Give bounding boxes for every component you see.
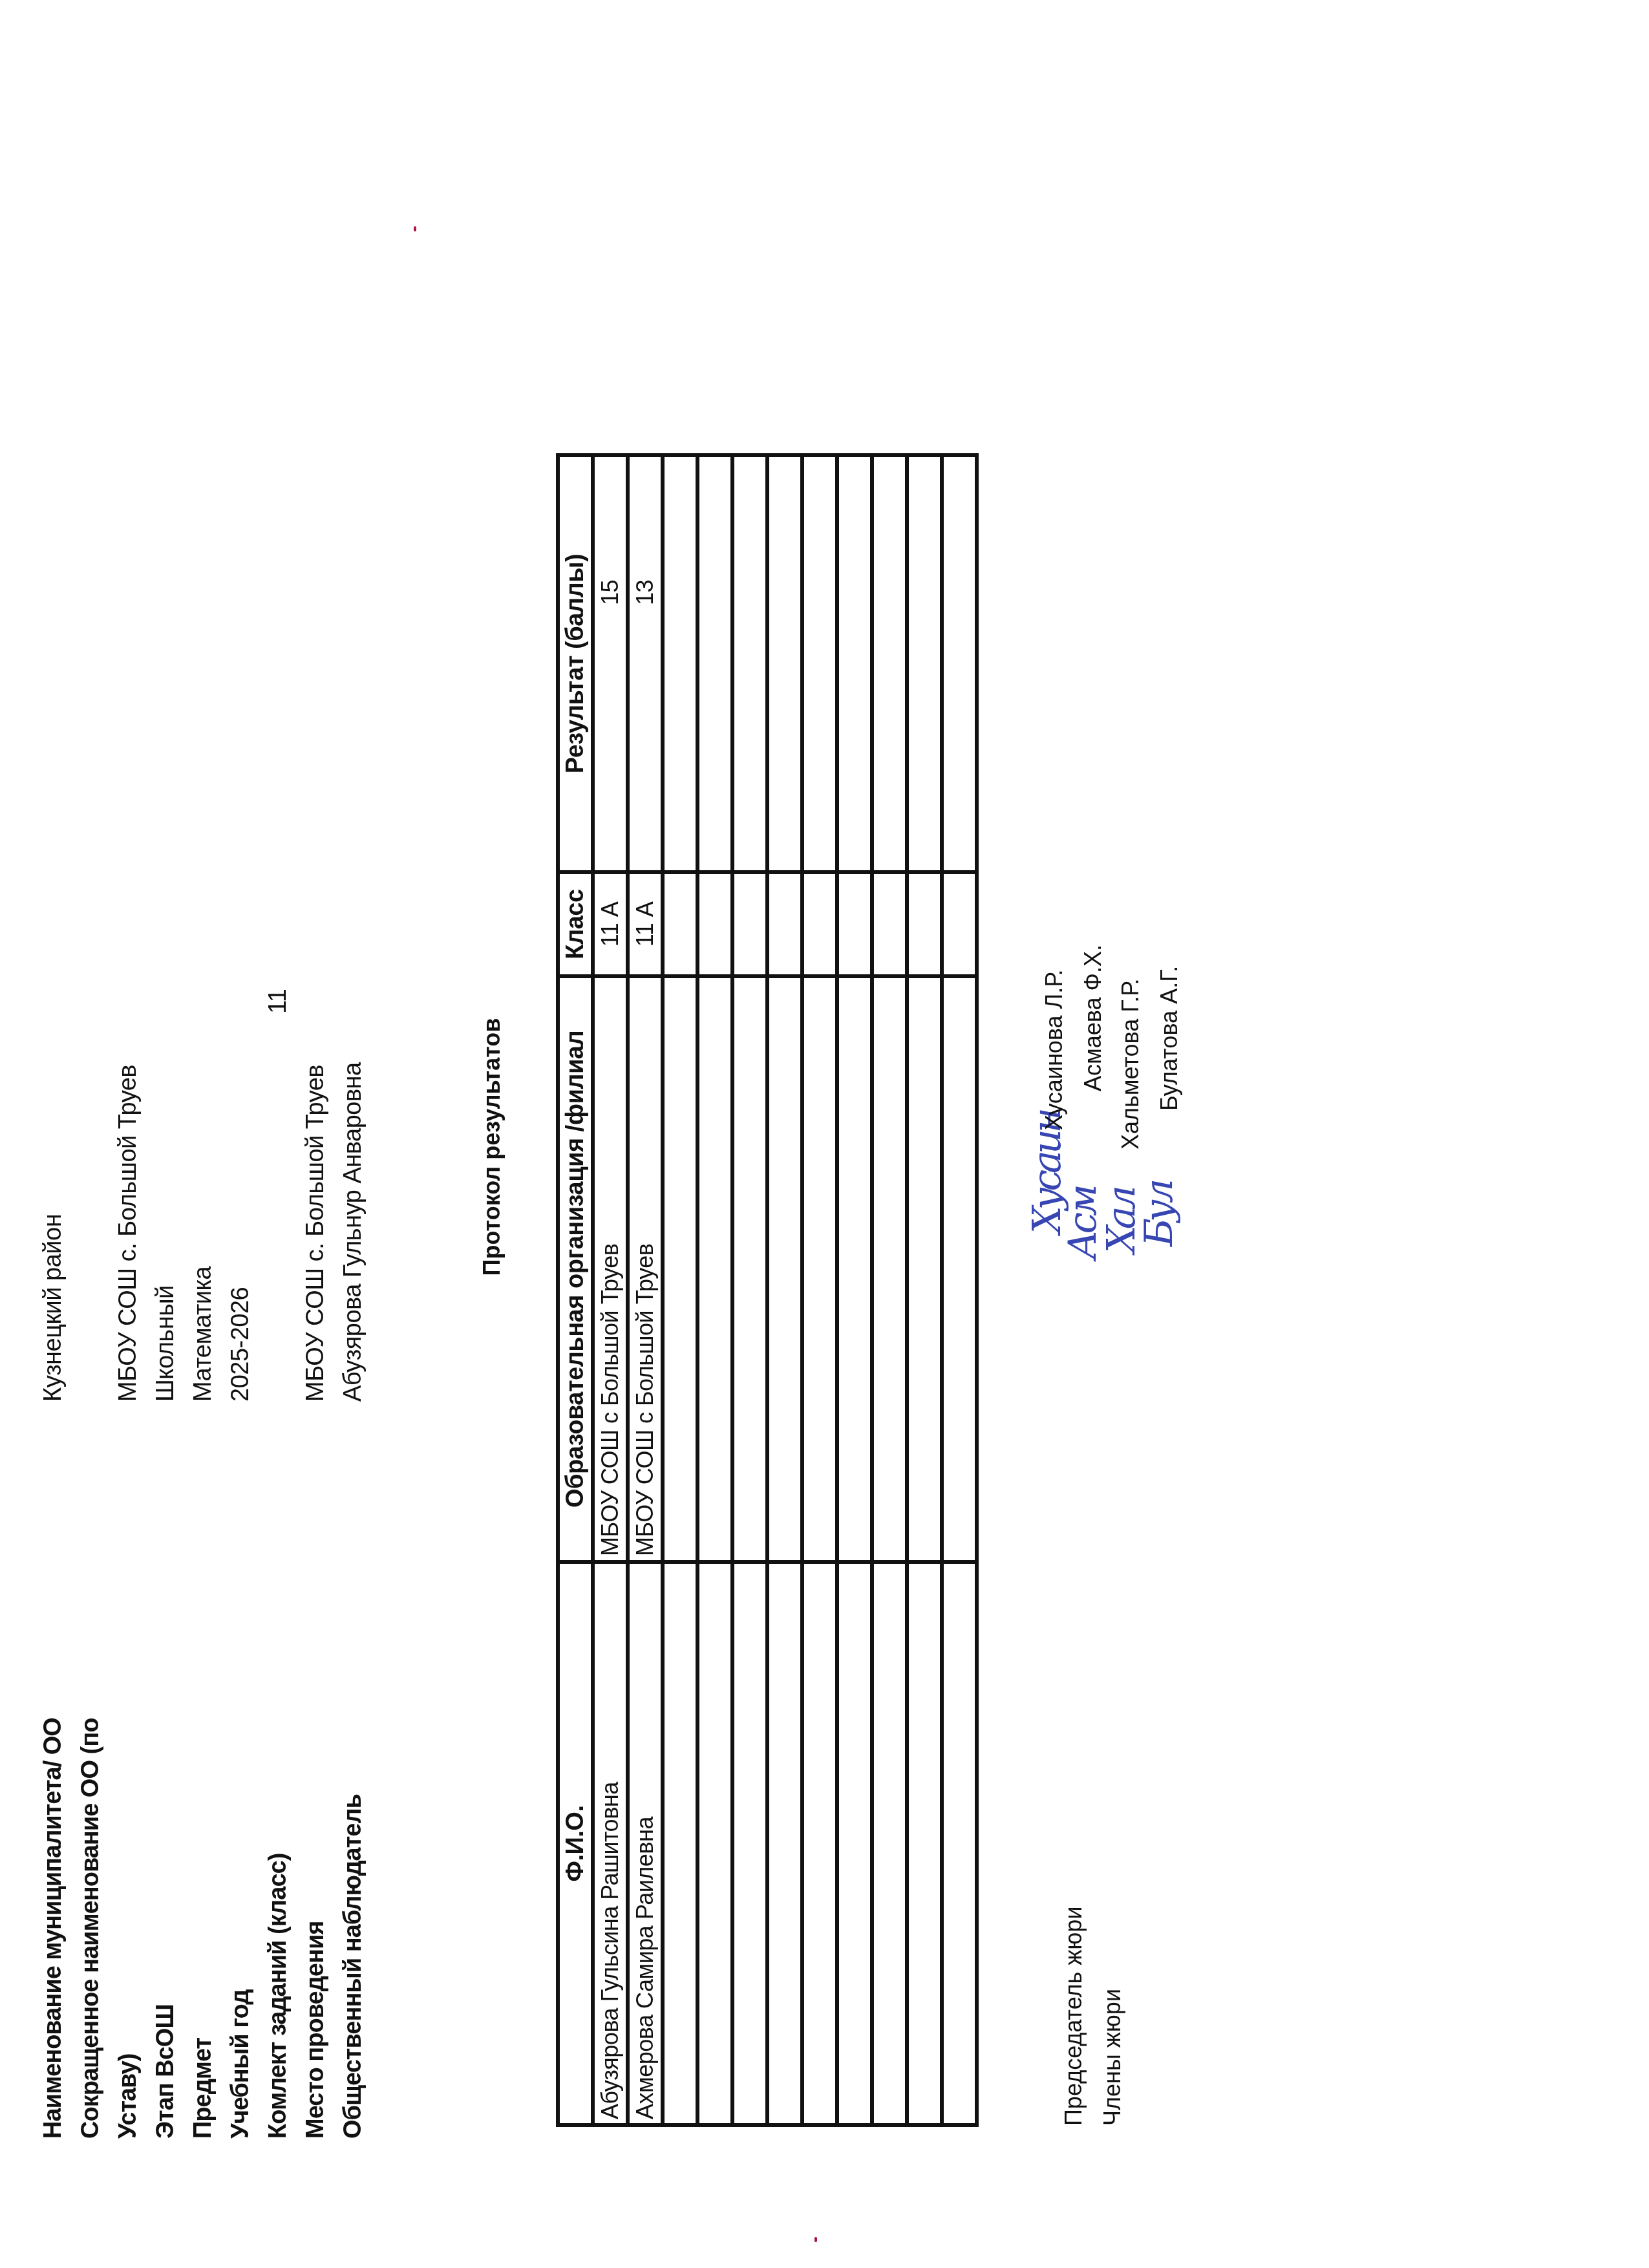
info-value: 2025-2026 [226, 1287, 255, 1402]
jury-name-3: Хальметова Г.Р. [1117, 978, 1144, 1150]
cell-result [872, 455, 907, 872]
cell-class [697, 872, 732, 976]
scan-speck [414, 226, 416, 231]
cell-class [872, 872, 907, 976]
cell-result [767, 455, 802, 872]
protocol-title: Протокол результатов [478, 0, 505, 2268]
info-value: МБОУ СОШ с. Большой Труев [114, 1065, 142, 1402]
cell-fio [837, 1562, 872, 2125]
cell-class [837, 872, 872, 976]
cell-class [942, 872, 977, 976]
table-row [907, 455, 942, 2125]
info-value: Школьный [151, 1285, 180, 1402]
info-value: 11 [264, 989, 292, 1014]
cell-class [907, 872, 942, 976]
table-row: Ахмерова Самира РаилевнаМБОУ СОШ с Больш… [628, 455, 663, 2125]
info-label: Общественный наблюдатель [339, 1794, 367, 2139]
cell-result: 15 [593, 455, 628, 872]
table-row [732, 455, 767, 2125]
cell-class [732, 872, 767, 976]
cell-org [663, 976, 697, 1562]
cell-org [837, 976, 872, 1562]
cell-org [732, 976, 767, 1562]
scan-speck [814, 2237, 817, 2242]
table-row [767, 455, 802, 2125]
cell-org [907, 976, 942, 1562]
cell-fio [697, 1562, 732, 2125]
info-label: Комлект заданий (класс) [264, 1854, 292, 2139]
cell-fio [663, 1562, 697, 2125]
table-row [942, 455, 977, 2125]
info-value: Абузярова Гульнур Анваровна [339, 1062, 367, 1402]
table-row: Абузярова Гульсина РашитовнаМБОУ СОШ с Б… [593, 455, 628, 2125]
cell-fio: Абузярова Гульсина Рашитовна [593, 1562, 628, 2125]
info-label: Этап ВсОШ [151, 2004, 180, 2139]
table-header-row: Ф.И.О. Образовательная организация /фили… [558, 455, 593, 2125]
signature-4: Бул [1136, 1182, 1182, 1246]
cell-org [802, 976, 837, 1562]
info-value: Кузнецкий район [39, 1214, 67, 1402]
cell-result [907, 455, 942, 872]
cell-org [697, 976, 732, 1562]
cell-class: 11 А [593, 872, 628, 976]
cell-fio [767, 1562, 802, 2125]
cell-org [872, 976, 907, 1562]
cell-result: 13 [628, 455, 663, 872]
rotated-document-page: Наименование муниципалитета/ ОО Кузнецки… [0, 0, 1649, 2268]
info-label: Наименование муниципалитета/ ОО [39, 1718, 67, 2139]
cell-class [802, 872, 837, 976]
info-label: Учебный год [226, 1990, 255, 2139]
info-label: Предмет [189, 2038, 217, 2139]
cell-result [837, 455, 872, 872]
cell-fio [907, 1562, 942, 2125]
jury-name-2: Асмаева Ф.Х. [1080, 945, 1107, 1091]
table-row [663, 455, 697, 2125]
table-row [697, 455, 732, 2125]
table-row [802, 455, 837, 2125]
results-table: Ф.И.О. Образовательная организация /фили… [556, 453, 979, 2127]
cell-result [663, 455, 697, 872]
cell-class: 11 А [628, 872, 663, 976]
cell-org: МБОУ СОШ с Большой Труев [593, 976, 628, 1562]
header-class: Класс [558, 872, 593, 976]
jury-name-4: Булатова А.Г. [1156, 966, 1183, 1111]
cell-org [942, 976, 977, 1562]
cell-class [767, 872, 802, 976]
cell-result [942, 455, 977, 872]
cell-fio [872, 1562, 907, 2125]
info-label: Уставу) [114, 2054, 142, 2139]
header-fio: Ф.И.О. [558, 1562, 593, 2125]
cell-result [697, 455, 732, 872]
header-org: Образовательная организация /филиал [558, 976, 593, 1562]
header-result: Результат (баллы) [558, 455, 593, 872]
cell-fio: Ахмерова Самира Раилевна [628, 1562, 663, 2125]
info-value: Математика [189, 1267, 217, 1402]
table-row [837, 455, 872, 2125]
jury-name-1: Хусаинова Л.Р. [1041, 970, 1068, 1130]
cell-org [767, 976, 802, 1562]
info-value: МБОУ СОШ с. Большой Труев [301, 1065, 330, 1402]
cell-result [732, 455, 767, 872]
cell-fio [802, 1562, 837, 2125]
jury-members-label: Члены жюри [1099, 1989, 1126, 2126]
info-label: Место проведения [301, 1921, 330, 2139]
cell-result [802, 455, 837, 872]
jury-chair-label: Председатель жюри [1060, 1907, 1087, 2126]
cell-fio [942, 1562, 977, 2125]
table-row [872, 455, 907, 2125]
cell-class [663, 872, 697, 976]
info-label: Сокращенное наименование ОО (по [76, 1718, 105, 2139]
cell-org: МБОУ СОШ с Большой Труев [628, 976, 663, 1562]
cell-fio [732, 1562, 767, 2125]
